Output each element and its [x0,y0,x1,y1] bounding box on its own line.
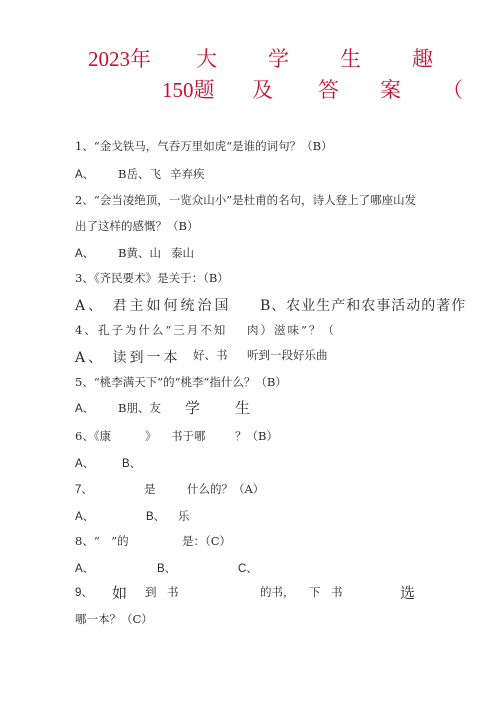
option-c: 乐 [178,508,190,524]
option-a: A、 [75,508,94,524]
question-text: 1、“金戈铁马，气吞万里如虎“是谁的词句？（B） [75,138,333,154]
question-text: 书 [167,584,179,600]
question-text: 2、“会当凌绝顶，一览众山小”是杜甫的名句，诗人登上了哪座山发 [75,192,416,208]
title-char: （ [442,74,463,104]
option-b: B朋、友 [118,400,161,416]
option-b: B、农业生产和农事活动的著作 [260,295,466,315]
title-char: 及 [252,74,273,104]
option-a: A、 君主如何统治国 [75,295,232,315]
question-text: 书于哪 [171,428,206,444]
question-text-cont: 肉）滋味”？（ [247,322,336,338]
question-text: 到 [145,584,157,600]
question-text: 6、《康 [75,428,111,444]
option-c: 泰山 [171,245,194,261]
option-a: A、 [75,455,94,471]
option-b: B、 [122,455,141,471]
question-text: 如 [112,582,127,603]
option-c: C、 [238,560,258,576]
title-char: 生 [340,43,361,73]
title-char: 趣 [412,43,433,73]
option-c-char: 生 [235,397,250,418]
question-text: 哪一本？（C） [75,611,153,627]
option-a: A、 [75,245,94,261]
question-text: 书 [331,584,343,600]
question-text: 7、 [75,481,93,497]
question-text: 什么的？（A） [187,481,264,497]
option-c: 辛弃疾 [170,166,205,182]
question-text: 3、《齐民要术》是关于：（B） [75,270,229,286]
option-a: A、 [75,400,94,416]
question-text: ？（B） [235,428,278,444]
question-text: 》 [145,428,157,444]
title-char: 学 [268,43,289,73]
question-text: 8、“ ”的 [75,533,129,549]
title-char: 大 [196,43,217,73]
title-year: 2023年 [88,43,151,73]
option-a: A、 [75,560,94,576]
option-b: B岳、飞 [118,166,161,182]
question-text: 4、孔子为什么“三月不知 [75,322,227,338]
title-line-2: 150题 及 答 案 （ [0,74,500,104]
option-c: 听到一段好乐曲 [247,347,328,363]
question-text: 的书， [260,584,295,600]
option-b: B、 [157,560,176,576]
option-b: B、 [146,508,165,524]
question-text: 出了这样的感慨？（B） [75,218,198,234]
option-b: 好、书 [193,347,228,363]
question-text: 选 [400,582,415,603]
option-a: A、 [75,166,94,182]
question-text: 是：（C） [182,533,231,549]
option-c-char: 学 [185,397,200,418]
option-b: B黄、山 [118,245,161,261]
question-text: 9、 [75,584,93,600]
title-char: 答 [318,74,339,104]
question-text: 下 [309,584,321,600]
title-line-1: 2023年 大 学 生 趣 [0,43,500,73]
question-text: 5、“桃李满天下”的“桃李“指什么？（B） [75,374,287,390]
title-count: 150题 [162,74,215,104]
option-a: A、 读到一本 [75,347,181,367]
question-text: 是 [144,481,156,497]
title-char: 案 [380,74,401,104]
